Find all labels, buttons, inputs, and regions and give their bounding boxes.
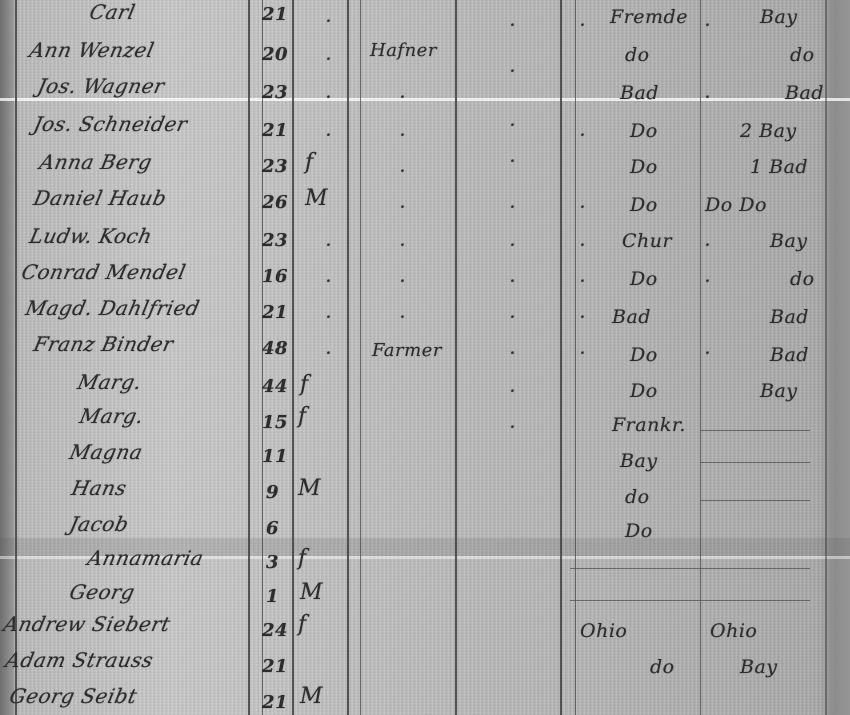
entry-age: 21 [262,4,288,25]
ditto-dot: . [510,114,515,130]
fold-line [0,98,850,101]
scan-edge-left [0,0,14,715]
entry-name: Franz Binder [31,332,175,356]
ditto-dot: . [326,10,331,26]
ditto-dot: . [400,124,405,140]
entry-age: 15 [262,412,288,433]
row-rule [570,568,810,569]
ditto-dot: . [400,306,405,322]
entry-age: 11 [262,446,288,467]
entry-destination: Bay [770,230,808,252]
entry-origin: do [650,656,675,678]
entry-origin: Do [625,520,653,542]
entry-name: Jacob [67,512,131,536]
column-rule [292,0,294,715]
entry-name: Annamaria [85,546,206,570]
ditto-dot: . [400,196,405,212]
entry-name: Andrew Siebert [1,612,172,636]
entry-sex: f [300,372,309,397]
row-rule [700,430,810,431]
entry-age: 44 [262,376,288,397]
entry-name: Marg. [75,370,144,394]
column-rule [360,0,361,715]
ditto-dot: . [510,60,515,76]
entry-destination: Bay [760,380,798,402]
entry-age: 26 [262,192,288,213]
ditto-dot: . [400,160,405,176]
ditto-dot: . [510,270,515,286]
ditto-dot: . [510,234,515,250]
entry-origin: Do [630,120,658,142]
ditto-dot: . [510,342,515,358]
ditto-dot: . [510,150,515,166]
entry-origin: do [625,44,650,66]
ditto-dot: . [326,270,331,286]
entry-origin: Do [630,380,658,402]
entry-name: Conrad Mendel [19,260,188,284]
entry-name: Hans [69,476,129,500]
column-rule [15,0,17,715]
ditto-dot: . [326,86,331,102]
ditto-dot: . [510,306,515,322]
ditto-dot: . [705,14,710,30]
entry-origin: Ohio [580,620,627,642]
entry-origin: Bad [620,82,659,104]
entry-origin: Chur [622,230,672,252]
entry-age: 21 [262,656,288,677]
entry-origin: Do [630,268,658,290]
entry-origin: Do [630,344,658,366]
entry-name: Ludw. Koch [27,224,154,248]
entry-age: 23 [262,230,288,251]
ditto-dot: . [400,234,405,250]
entry-age: 20 [262,44,288,65]
ditto-dot: . [326,124,331,140]
ditto-dot: . [326,306,331,322]
scan-edge-right [824,0,850,715]
entry-age: 21 [262,302,288,323]
column-rule [248,0,250,715]
ditto-dot: . [580,270,585,286]
entry-sex: f [305,150,314,175]
entry-age: 21 [262,692,288,713]
ditto-dot: . [400,86,405,102]
entry-age: 24 [262,620,288,641]
ditto-dot: . [580,342,585,358]
entry-destination: Do Do [705,194,767,216]
entry-name: Jos. Schneider [31,112,189,136]
column-rule [575,0,576,715]
ditto-dot: . [705,234,710,250]
entry-name: Daniel Haub [31,186,168,210]
entry-sex: f [298,546,307,571]
ditto-dot: . [326,342,331,358]
entry-occupation: Hafner [370,40,437,61]
ditto-dot: . [580,14,585,30]
entry-age: 16 [262,266,288,287]
ditto-dot: . [326,48,331,64]
entry-destination: Ohio [710,620,757,642]
entry-sex: M [300,580,323,605]
entry-sex: f [298,612,307,637]
entry-name: Jos. Wagner [35,74,166,98]
entry-age: 3 [266,552,279,573]
row-rule [570,600,810,601]
entry-age: 48 [262,338,288,359]
entry-origin: do [625,486,650,508]
ditto-dot: . [580,306,585,322]
entry-name: Magna [67,440,145,464]
ditto-dot: . [705,270,710,286]
entry-name: Ann Wenzel [27,38,156,62]
entry-sex: M [298,476,321,501]
entry-name: Adam Strauss [3,648,155,672]
ditto-dot: . [705,86,710,102]
entry-destination: Bad [770,306,809,328]
column-rule [560,0,562,715]
entry-sex: M [300,684,323,709]
entry-origin: Do [630,156,658,178]
entry-age: 9 [266,482,279,503]
column-rule [347,0,349,715]
entry-destination: 1 Bad [750,156,808,178]
entry-destination: 2 Bay [740,120,797,142]
entry-destination: do [790,268,815,290]
column-rule [455,0,457,715]
ditto-dot: . [510,416,515,432]
ditto-dot: . [400,270,405,286]
ditto-dot: . [580,124,585,140]
entry-occupation: Farmer [372,340,442,361]
entry-age: 21 [262,120,288,141]
column-rule [700,0,701,715]
entry-name: Georg [67,580,137,604]
row-rule [700,462,810,463]
entry-destination: Bay [760,6,798,28]
column-rule [825,0,827,715]
entry-origin: Do [630,194,658,216]
entry-origin: Bay [620,450,658,472]
ditto-dot: . [510,196,515,212]
entry-sex: M [305,186,328,211]
ledger-page: Carl 21 Fremde Bay Ann Wenzel 20 Hafner … [0,0,850,715]
ditto-dot: . [510,14,515,30]
entry-name: Anna Berg [37,150,154,174]
entry-name: Magd. Dahlfried [23,296,202,320]
ditto-dot: . [580,234,585,250]
entry-sex: f [298,404,307,429]
row-rule [700,500,810,501]
ditto-dot: . [580,196,585,212]
entry-age: 6 [266,518,279,539]
entry-destination: Bad [785,82,824,104]
ditto-dot: . [510,380,515,396]
entry-destination: Bad [770,344,809,366]
entry-destination: do [790,44,815,66]
entry-origin: Frankr. [612,414,686,436]
ditto-dot: . [326,234,331,250]
entry-name: Georg Seibt [7,684,139,708]
entry-origin: Bad [612,306,651,328]
entry-age: 1 [266,586,279,607]
entry-name: Carl [87,0,137,24]
entry-age: 23 [262,82,288,103]
ditto-dot: . [705,342,710,358]
entry-origin: Fremde [610,6,688,28]
entry-destination: Bay [740,656,778,678]
entry-name: Marg. [77,404,146,428]
entry-age: 23 [262,156,288,177]
